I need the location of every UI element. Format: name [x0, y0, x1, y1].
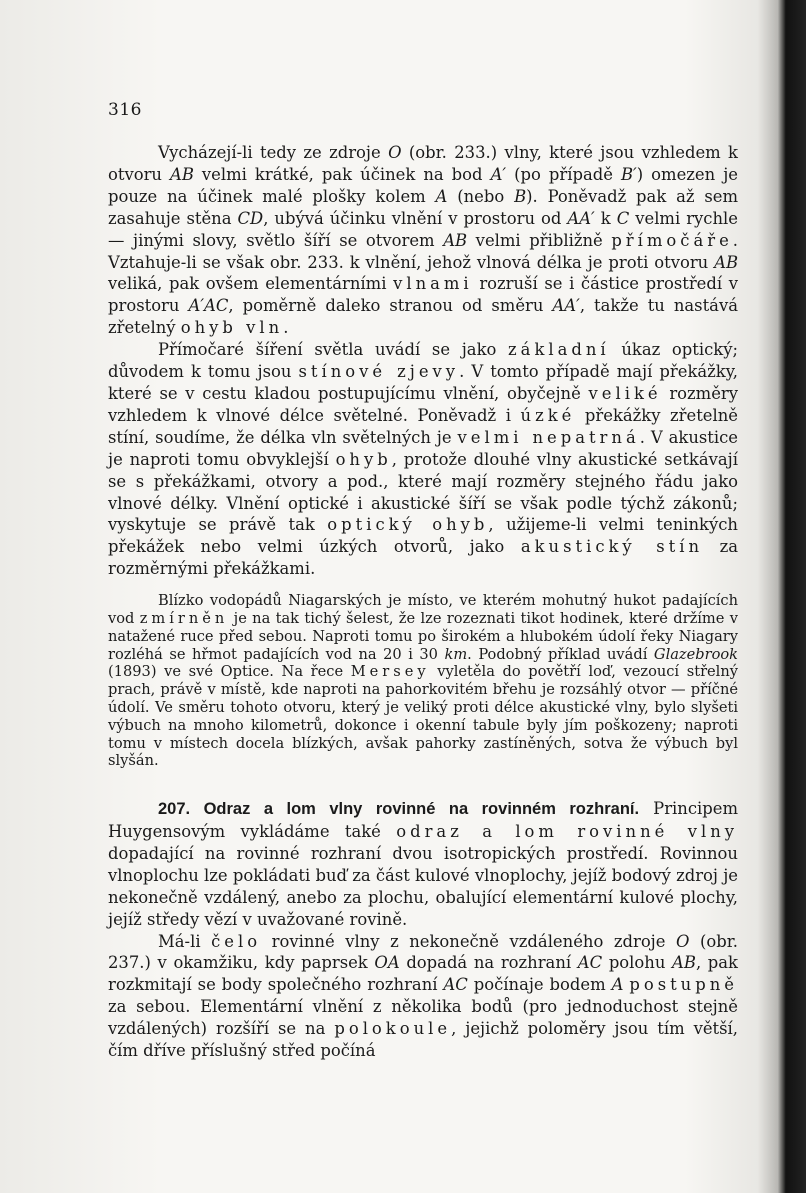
text-run: AB [714, 253, 738, 272]
text-run: AA′ [552, 296, 579, 315]
text-run: CD [238, 209, 264, 228]
text-run: . [283, 318, 288, 337]
text-run: veliké [589, 384, 662, 403]
text-run: postupně [629, 975, 738, 994]
text-run: AC [578, 953, 602, 972]
paragraph: Přímočaré šíření světla uvádí se jako zá… [108, 339, 738, 580]
text-run: AB [672, 953, 696, 972]
text-run: čelo [211, 932, 261, 951]
page-content: 316 Vycházejí-li tedy ze zdroje O (obr. … [108, 100, 738, 1062]
text-run: OA [374, 953, 399, 972]
text-run: (po případě [506, 165, 621, 184]
text-run: veliká, pak ovšem elementárními [108, 274, 393, 293]
text-run: (nebo [447, 187, 514, 206]
text-run: Přímočaré šíření světla uvádí se jako [158, 340, 508, 359]
text-run: Mersey [351, 663, 430, 680]
text-run: ohyb [336, 450, 392, 469]
text-run: B [514, 187, 526, 206]
text-run: vlnami [393, 274, 473, 293]
text-run: AA′ [567, 209, 594, 228]
small-print-paragraph: Blízko vodopádů Niagarských je místo, ve… [108, 592, 738, 770]
text-run: km [444, 646, 467, 663]
text-run: O [676, 932, 689, 951]
text-run: AC [443, 975, 467, 994]
text-run: , ubývá účinku vlnění v prostoru od [263, 209, 567, 228]
text-run: , poměrně daleko stranou od směru [228, 296, 552, 315]
text-run: dopadá na rozhraní [400, 953, 578, 972]
text-run: polokoule [334, 1019, 451, 1038]
text-run: A′AC [188, 296, 228, 315]
text-run: velmi přibližně [467, 231, 611, 250]
text-run: B′ [621, 165, 637, 184]
text-run: A [436, 187, 448, 206]
text-run: akustický stín [521, 537, 703, 556]
text-run: úzké [521, 406, 576, 425]
paragraph: Má-li čelo rovinné vlny z nekonečně vzdá… [108, 931, 738, 1062]
text-run: optický ohyb [327, 515, 488, 534]
text-run: O [388, 143, 401, 162]
text-run: Vycházejí-li tedy ze zdroje [158, 143, 388, 162]
section-paragraph: 207. Odraz a lom vlny rovinné na rovinné… [108, 798, 738, 930]
text-run: rovinné vlny z nekonečně vzdáleného zdro… [261, 932, 676, 951]
text-run: počínaje bodem [468, 975, 612, 994]
text-run: (1893) ve své Optice. Na řece [108, 663, 351, 680]
text-run: . Podobný příklad uvádí [467, 646, 654, 663]
page-number: 316 [108, 100, 738, 120]
section-heading: 207. Odraz a lom vlny rovinné na rovinné… [158, 800, 639, 818]
text-run: polohu [602, 953, 672, 972]
paragraph: Vycházejí-li tedy ze zdroje O (obr. 233.… [108, 142, 738, 339]
text-run: ohyb vln [181, 318, 283, 337]
text-run: C [617, 209, 630, 228]
text-run: A [612, 975, 624, 994]
text-run: odraz a lom rovinné vlny [396, 822, 738, 841]
text-run: zmírněn [140, 610, 229, 627]
text-run: základní [508, 340, 610, 359]
text-run: AB [443, 231, 467, 250]
text-run: AB [170, 165, 194, 184]
text-run: k [595, 209, 617, 228]
text-run: dopadající na rovinné rozhraní dvou isot… [108, 844, 738, 929]
text-run: velmi nepatrná [458, 428, 640, 447]
scanned-page: 316 Vycházejí-li tedy ze zdroje O (obr. … [0, 0, 806, 1193]
text-run: Má-li [158, 932, 211, 951]
text-run: Glazebrook [654, 646, 738, 663]
text-run: stínové zjevy [298, 362, 459, 381]
text-run: přímočáře [611, 231, 732, 250]
text-run: velmi krátké, pak účinek na bod [194, 165, 491, 184]
text-run: A′ [491, 165, 507, 184]
body-text: Vycházejí-li tedy ze zdroje O (obr. 233.… [108, 142, 738, 1062]
